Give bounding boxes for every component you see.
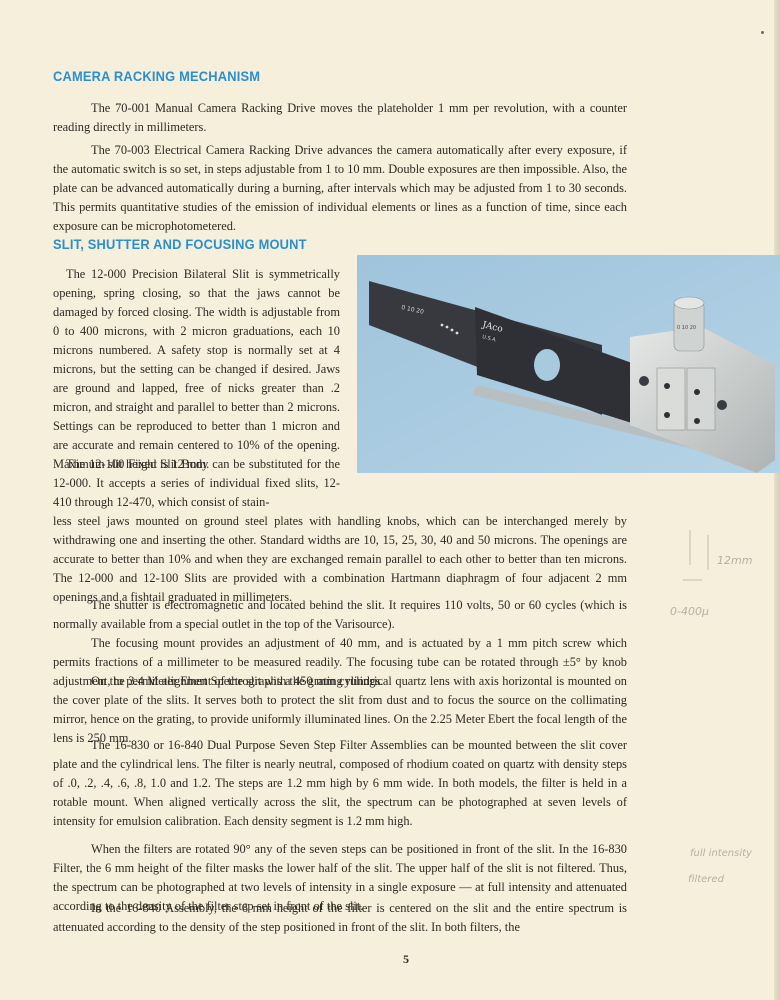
pencil-arrow-annotation: [680, 525, 780, 655]
paragraph: The 12-100 Fixed Slit Body can be substi…: [53, 455, 340, 512]
margin-note: 0-400μ: [670, 605, 709, 618]
page-number: 5: [403, 952, 409, 967]
paragraph: less steel jaws mounted on ground steel …: [53, 512, 627, 607]
paragraph: In the 16-840 Assembly, the 6 mm height …: [53, 899, 627, 937]
section-heading-slit-shutter: SLIT, SHUTTER AND FOCUSING MOUNT: [53, 236, 307, 252]
paragraph: The 12-000 Precision Bilateral Slit is s…: [53, 265, 340, 474]
paragraph: The shutter is electromagnetic and locat…: [53, 596, 627, 634]
margin-note: 12mm: [717, 554, 752, 567]
slit-assembly-photo: 0 10 20 JAco U.S.A. 0 10 20: [357, 255, 780, 473]
svg-text:0 10 20: 0 10 20: [677, 325, 696, 331]
paper-speck: [761, 31, 764, 34]
paragraph: The 16-830 or 16-840 Dual Purpose Seven …: [53, 736, 627, 831]
paragraph: The 70-003 Electrical Camera Racking Dri…: [53, 141, 627, 236]
paragraph: The 70-001 Manual Camera Racking Drive m…: [53, 99, 627, 137]
section-heading-camera-racking: CAMERA RACKING MECHANISM: [53, 68, 260, 84]
margin-note: full intensity: [690, 848, 752, 859]
page-edge: [774, 0, 780, 1000]
margin-note: filtered: [688, 874, 724, 885]
slit-assembly-illustration: 0 10 20 JAco U.S.A. 0 10 20: [357, 255, 780, 473]
